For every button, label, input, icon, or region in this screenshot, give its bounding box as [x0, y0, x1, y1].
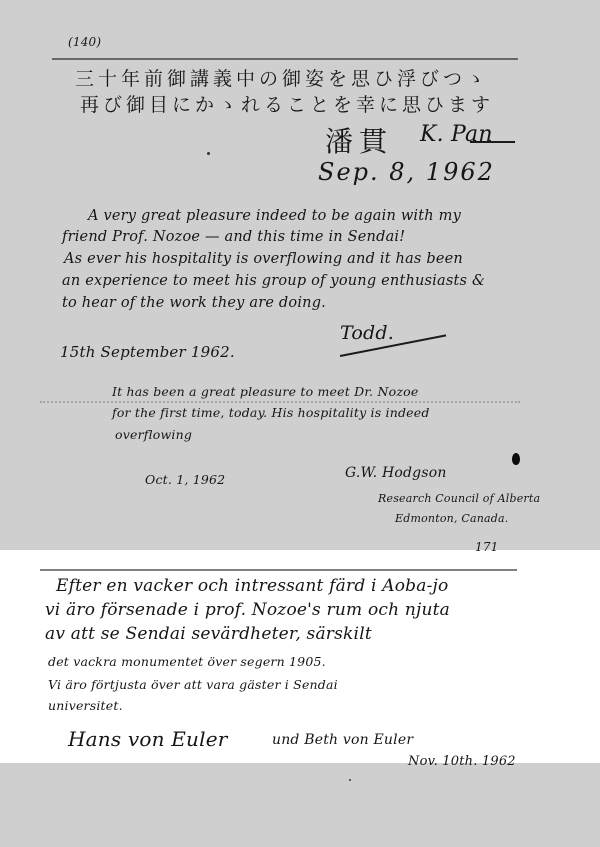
entry-line: 三十年前御講義中の御姿を思ひ浮びつゝ — [75, 64, 489, 91]
entry-divider-dotted — [40, 401, 520, 403]
affiliation-line: Edmonton, Canada. — [395, 512, 508, 525]
entry-line: overflowing — [115, 427, 192, 442]
entry-line: Vi äro förtjusta över att vara gäster i … — [48, 677, 338, 692]
page-number-top: (140) — [68, 35, 101, 49]
entry-line: vi äro försenade i prof. Nozoe's rum och… — [45, 600, 450, 620]
entry-divider-white — [40, 569, 517, 571]
entry-line: Efter en vacker och intressant färd i Ao… — [56, 576, 448, 596]
signature-latin: K. Pan — [420, 122, 493, 147]
signature: Todd. — [340, 322, 394, 344]
page-number-bottom: 171 — [475, 540, 499, 554]
scan-speck — [349, 779, 351, 781]
entry-date: Oct. 1, 1962 — [145, 472, 225, 487]
entry-line: It has been a great pleasure to meet Dr.… — [112, 384, 418, 399]
affiliation-line: Research Council of Alberta — [378, 492, 540, 505]
entry-line: det vackra monumentet över segern 1905. — [48, 654, 326, 669]
signature: Hans von Euler — [68, 727, 228, 751]
entry-line: A very great pleasure indeed to be again… — [88, 208, 461, 224]
entry-line: to hear of the work they are doing. — [62, 295, 326, 311]
entry-line: an experience to meet his group of young… — [62, 273, 485, 289]
entry-line: universitet. — [48, 698, 123, 713]
entry-line: av att se Sendai sevärdheter, särskilt — [45, 624, 372, 644]
entry-line: As ever his hospitality is overflowing a… — [64, 251, 463, 267]
entry-date: Nov. 10th. 1962 — [408, 754, 516, 769]
ink-blot — [512, 453, 520, 465]
entry-line: friend Prof. Nozoe — and this time in Se… — [62, 229, 405, 245]
signature-underline — [470, 141, 515, 143]
entry-divider-top — [52, 58, 518, 60]
co-signature: und Beth von Euler — [272, 732, 413, 748]
scan-speck — [207, 152, 210, 155]
entry-date: 15th September 1962. — [60, 343, 235, 361]
entry-line: for the first time, today. His hospitali… — [112, 405, 430, 420]
entry-date: Sep. 8, 1962 — [318, 158, 495, 186]
entry-line: 再び御目にかゝれることを幸に思ひます — [80, 90, 494, 117]
signature-kanji: 潘貫 — [325, 120, 393, 160]
signature: G.W. Hodgson — [345, 465, 447, 481]
